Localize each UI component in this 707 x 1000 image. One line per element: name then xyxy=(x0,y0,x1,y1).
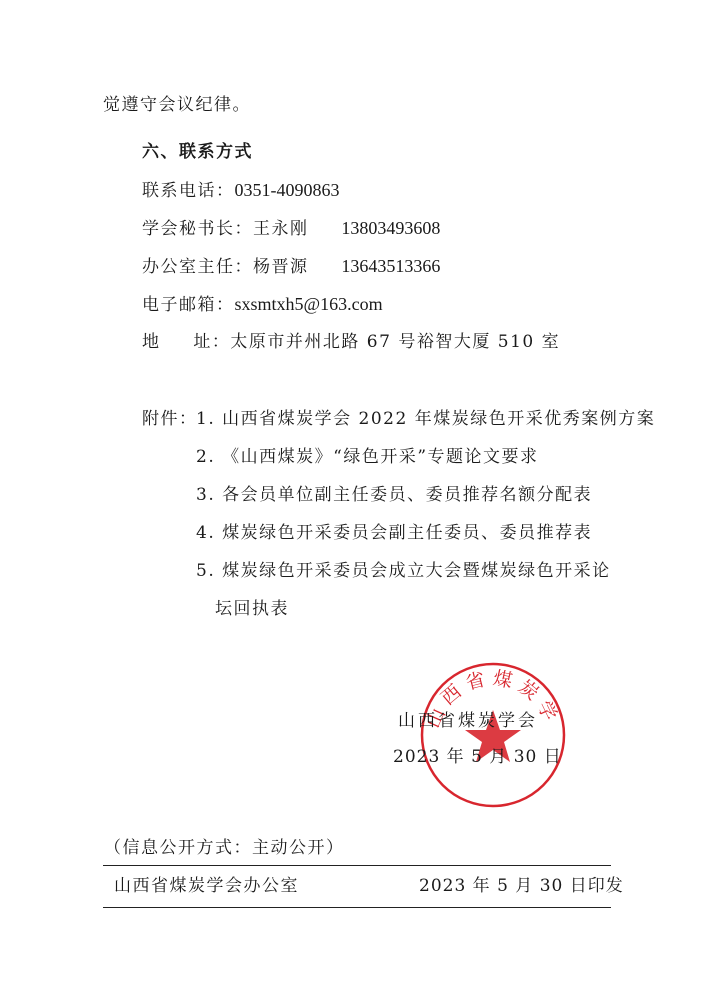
secretary-label: 学会秘书长：王永刚 xyxy=(142,219,309,239)
attachment-item-5: 5. 煤炭绿色开采委员会成立大会暨煤炭绿色开采论 xyxy=(196,560,611,582)
email-value[interactable]: sxsmtxh5@163.com xyxy=(235,294,383,314)
secretary-line: 学会秘书长：王永刚 13803493608 xyxy=(142,217,440,240)
office-director-phone: 13643513366 xyxy=(341,256,440,276)
office-director-line: 办公室主任：杨晋源 13643513366 xyxy=(142,255,440,278)
footer-top-rule xyxy=(103,865,611,866)
email-line: 电子邮箱：sxsmtxh5@163.com xyxy=(142,293,383,316)
office-director-label: 办公室主任：杨晋源 xyxy=(142,257,309,277)
signature-organization: 山西省煤炭学会 xyxy=(398,710,538,732)
address-line: 地 址：太原市并州北路 67 号裕智大厦 510 室 xyxy=(142,331,560,353)
disclosure-note: （信息公开方式：主动公开） xyxy=(104,837,345,859)
continuation-text: 觉遵守会议纪律。 xyxy=(103,94,251,116)
email-label: 电子邮箱： xyxy=(142,295,235,315)
phone-value: 0351-4090863 xyxy=(235,180,340,200)
official-seal-icon: 山西省煤炭学会 xyxy=(418,660,568,810)
attachment-item-2: 2. 《山西煤炭》“绿色开采”专题论文要求 xyxy=(196,446,539,468)
section-heading: 六、联系方式 xyxy=(142,141,253,163)
attachments-label: 附件： xyxy=(142,408,198,430)
attachment-item-1: 1. 山西省煤炭学会 2022 年煤炭绿色开采优秀案例方案 xyxy=(196,408,655,430)
signature-date: 2023 年 5 月 30 日 xyxy=(393,746,562,768)
footer-issuer: 山西省煤炭学会办公室 xyxy=(114,875,299,897)
address-label-2: 址： xyxy=(193,332,230,352)
attachment-item-5-continued: 坛回执表 xyxy=(215,598,289,620)
attachment-item-4: 4. 煤炭绿色开采委员会副主任委员、委员推荐表 xyxy=(196,522,592,544)
phone-label: 联系电话： xyxy=(142,181,235,201)
secretary-phone: 13803493608 xyxy=(341,218,440,238)
address-value: 太原市并州北路 67 号裕智大厦 510 室 xyxy=(230,332,560,352)
attachment-item-3: 3. 各会员单位副主任委员、委员推荐名额分配表 xyxy=(196,484,592,506)
address-label-1: 地 xyxy=(142,332,161,352)
footer-issue-date: 2023 年 5 月 30 日印发 xyxy=(419,875,624,897)
footer-bottom-rule xyxy=(103,907,611,908)
phone-line: 联系电话：0351-4090863 xyxy=(142,179,340,202)
